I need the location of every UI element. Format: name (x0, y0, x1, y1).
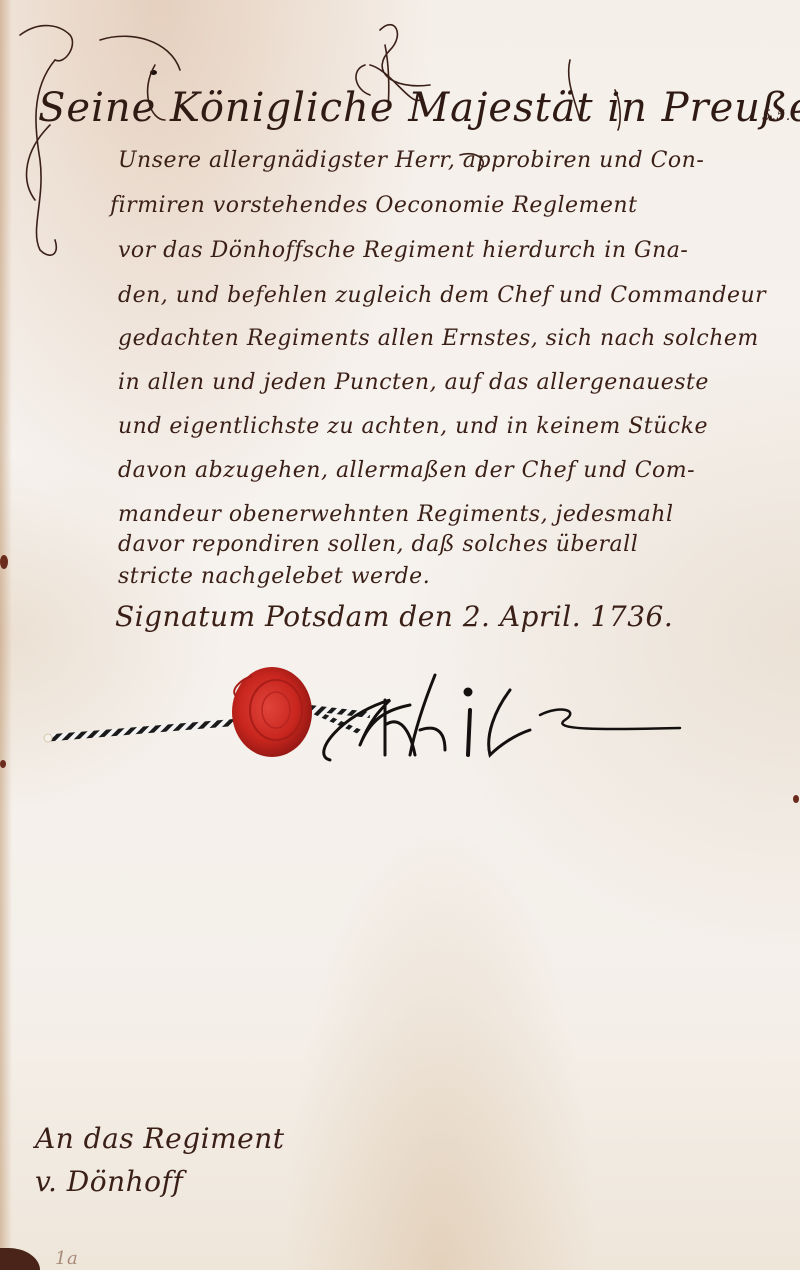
body-line: stricte nachgelebet werde. (118, 564, 430, 589)
document-page: Seine Königliche Majestät in Preußen 5.5… (0, 0, 800, 1270)
body-line: den, und befehlen zugleich dem Chef und … (118, 283, 766, 308)
document-heading: Seine Königliche Majestät in Preußen (38, 85, 800, 131)
body-line: mandeur obenerwehnten Regiments, jedesma… (118, 502, 673, 527)
ink-stain (793, 795, 799, 803)
body-line: davon abzugehen, allermaßen der Chef und… (118, 458, 695, 483)
twisted-cord (44, 708, 370, 742)
ink-stain (0, 760, 6, 768)
body-line: in allen und jeden Puncten, auf das alle… (118, 370, 709, 395)
body-line: Unsere allergnädigster Herr, approbiren … (118, 148, 704, 173)
page-number: 1a (55, 1248, 78, 1269)
address-line: v. Dönhoff (35, 1165, 183, 1198)
address-line: An das Regiment (35, 1122, 284, 1155)
wax-seal-and-signature (40, 660, 720, 770)
torn-corner (0, 1248, 40, 1270)
ink-stain (0, 555, 8, 569)
marginal-mark: 5.5. (762, 108, 791, 124)
body-line: gedachten Regiments allen Ernstes, sich … (118, 326, 759, 351)
royal-signature (324, 675, 680, 760)
body-line: davor repondiren sollen, daß solches übe… (118, 532, 638, 557)
wax-seal-icon (232, 667, 312, 757)
body-line: und eigentlichste zu achten, und in kein… (118, 414, 708, 439)
signatum-date-line: Signatum Potsdam den 2. April. 1736. (115, 600, 673, 633)
body-line: vor das Dönhoffsche Regiment hierdurch i… (118, 238, 688, 263)
body-line: firmiren vorstehendes Oeconomie Reglemen… (110, 193, 637, 218)
